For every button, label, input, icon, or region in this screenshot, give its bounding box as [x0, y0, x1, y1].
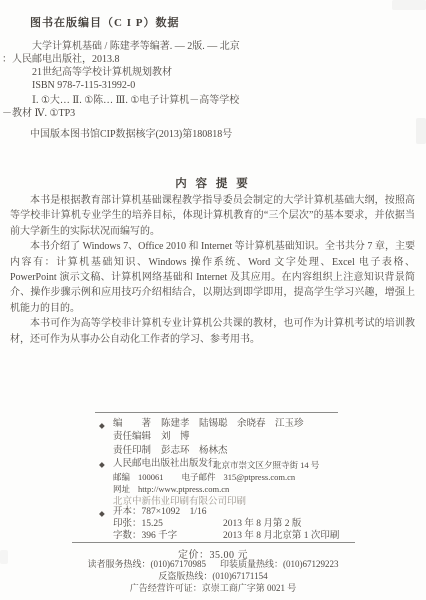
authors-names: 陈建孝 陆锡聪 余晓春 江玉珍 [161, 419, 304, 429]
website-row: 网址http://www.ptpress.com.cn [113, 483, 295, 496]
isbn-line: ISBN 978-7-115-31992-0 [0, 79, 240, 92]
scan-artifact [392, 0, 426, 10]
scan-artifact [416, 118, 426, 144]
service-hotlines-row: 读者服务热线：(010)67170985印装质量热线：(010)67129223 [0, 558, 426, 570]
cip-record-number: 中国版本图书馆CIP数据核字(2013)第180818号 [30, 125, 232, 140]
email-value: 315@ptpress.com.cn [224, 472, 296, 482]
size-value: 787×1092 1/16 [142, 507, 207, 517]
words-row: 字数：396 千字 2013 年 8 月北京第 1 次印刷 [113, 531, 207, 543]
book-title-line: 大学计算机基础 / 陈建孝等编著. — 2版. — 北京 [0, 40, 240, 53]
classification-line1: Ⅰ. ①大… Ⅱ. ①陈… Ⅲ. ①电子计算机－高等学校 [0, 94, 239, 107]
summary-title: 内 容 提 要 [0, 175, 426, 191]
diamond-bullet-icon: ◆ [99, 419, 105, 432]
impression-info: 2013 年 8 月北京第 1 次印刷 [223, 531, 339, 543]
summary-paragraph-1: 本书是根据教育部计算机基础课程教学指导委员会制定的大学计算机基础大纲，按照高等学… [10, 193, 415, 239]
size-row: 开本：787×1092 1/16 [113, 507, 207, 519]
print-supervisor-label: 责任印制 [113, 446, 151, 456]
sheets-label: 印张： [113, 519, 142, 529]
words-label: 字数： [113, 531, 142, 541]
antipiracy-hotline: 反盗版热线：(010)67171154 [0, 570, 426, 582]
diamond-bullet-icon: ◆ [99, 508, 105, 520]
print-supervisor-row: 责任印制彭志环 杨林杰 [113, 445, 304, 458]
print-quality-hotline: 印装质量热线：(010)67129223 [220, 559, 339, 569]
postcode-label: 邮编 [113, 472, 130, 482]
words-value: 396 千字 [142, 531, 178, 541]
summary-body: 本书是根据教育部计算机基础课程教学指导委员会制定的大学计算机基础大纲，按照高等学… [10, 193, 415, 347]
authors-row: 编 著陈建孝 陆锡聪 余晓春 江玉珍 [113, 418, 304, 431]
editor-row: 责任编辑刘 博 [113, 431, 304, 444]
format-block: ◆ 开本：787×1092 1/16 印张：15.25 2013 年 8 月第 … [113, 507, 207, 542]
classification-block: Ⅰ. ①大… Ⅱ. ①陈… Ⅲ. ①电子计算机－高等学校 －教材 Ⅳ. ①TP3 [0, 94, 239, 120]
authors-label: 编 著 [113, 419, 151, 429]
email-label: 电子邮件 [182, 472, 216, 482]
diamond-bullet-icon: ◆ [99, 459, 105, 472]
summary-paragraph-3: 本书可作为高等学校非计算机专业计算机公共课的教材，也可作为计算机考试的培训教材，… [10, 316, 415, 347]
edition-info: 2013 年 8 月第 2 版 [223, 519, 301, 531]
divider-line [95, 412, 338, 413]
ad-license-line: 广告经营许可证：京崇工商广字第 0021 号 [0, 582, 426, 594]
divider-line [72, 542, 355, 543]
editor-label: 责任编辑 [113, 432, 151, 442]
classification-line2: －教材 Ⅳ. ①TP3 [0, 107, 239, 120]
print-supervisor-names: 彭志环 杨林杰 [161, 446, 228, 456]
cip-header: 图书在版编目（C I P）数据 [30, 14, 179, 30]
website-value: http://www.ptpress.com.cn [138, 484, 229, 494]
postcode-value: 100061 [138, 472, 164, 482]
credits-block: ◆ 编 著陈建孝 陆锡聪 余晓春 江玉珍 责任编辑刘 博 责任印制彭志环 杨林杰 [113, 418, 304, 458]
editor-name: 刘 博 [161, 432, 190, 442]
publisher-line: ：人民邮电出版社，2013.8 [0, 53, 240, 66]
book-copyright-page: 图书在版编目（C I P）数据 大学计算机基础 / 陈建孝等编著. — 2版. … [0, 0, 426, 600]
size-label: 开本： [113, 507, 142, 517]
postcode-email-row: 邮编100061电子邮件315@ptpress.com.cn [113, 471, 295, 484]
sheets-row: 印张：15.25 2013 年 8 月第 2 版 [113, 519, 207, 531]
cip-info-block: 大学计算机基础 / 陈建孝等编著. — 2版. — 北京 ：人民邮电出版社，20… [0, 40, 240, 92]
sheets-value: 15.25 [142, 519, 163, 529]
reader-service-hotline: 读者服务热线：(010)67170985 [88, 559, 207, 569]
hotlines-block: 读者服务热线：(010)67170985印装质量热线：(010)67129223… [0, 558, 426, 595]
publisher-name: 人民邮电出版社出版发行 [113, 459, 218, 469]
publisher-block: ◆ 人民邮电出版社出版发行 北京市崇文区夕照寺街 14 号 邮编100061电子… [113, 458, 295, 508]
publisher-row: 人民邮电出版社出版发行 北京市崇文区夕照寺街 14 号 [113, 458, 295, 471]
series-line: 21世纪高等学校计算机规划教材 [0, 66, 240, 79]
summary-paragraph-2: 本书介绍了 Windows 7、Office 2010 和 Internet 等… [10, 239, 415, 316]
website-label: 网址 [113, 484, 130, 494]
